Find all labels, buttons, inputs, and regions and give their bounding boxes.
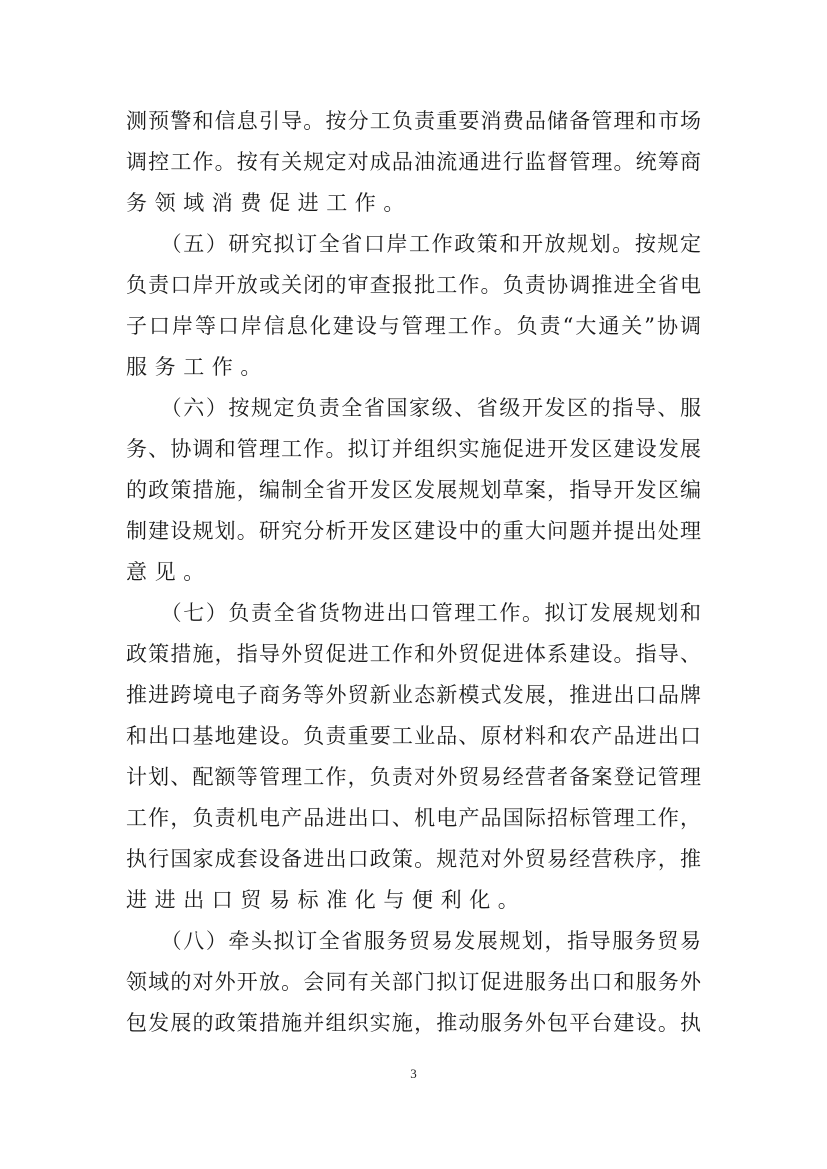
text-line: 进进出口贸易标准化与便利化。 — [126, 880, 706, 921]
text-line: 务、协调和管理工作。拟订并组织实施促进开发区建设发展 — [126, 429, 701, 470]
text-line: 调控工作。按有关规定对成品油流通进行监督管理。统筹商 — [126, 142, 701, 183]
paragraph-seven-heading-line: （七）负责全省货物进出口管理工作。拟订发展规划和 — [126, 593, 701, 634]
paragraph-eight-heading-line: （八）牵头拟订全省服务贸易发展规划，指导服务贸易 — [126, 921, 701, 962]
document-page: 测预警和信息引导。按分工负责重要消费品储备管理和市场 调控工作。按有关规定对成品… — [0, 0, 827, 1169]
page-number: 3 — [0, 1066, 827, 1082]
text-line: 包发展的政策措施并组织实施，推动服务外包平台建设。执 — [126, 1003, 701, 1044]
text-line: 务领域消费促进工作。 — [126, 183, 706, 224]
text-line: 领域的对外开放。会同有关部门拟订促进服务出口和服务外 — [126, 962, 701, 1003]
text-line: 工作，负责机电产品进出口、机电产品国际招标管理工作， — [126, 798, 701, 839]
text-line: 推进跨境电子商务等外贸新业态新模式发展，推进出口品牌 — [126, 675, 701, 716]
text-line: 和出口基地建设。负责重要工业品、原材料和农产品进出口 — [126, 716, 701, 757]
text-line: 子口岸等口岸信息化建设与管理工作。负责“大通关”协调 — [126, 306, 701, 347]
text-line: 意见。 — [126, 552, 706, 593]
text-line: 计划、配额等管理工作，负责对外贸易经营者备案登记管理 — [126, 757, 701, 798]
paragraph-six-heading-line: （六）按规定负责全省国家级、省级开发区的指导、服 — [126, 388, 701, 429]
text-line: 制建设规划。研究分析开发区建设中的重大问题并提出处理 — [126, 511, 701, 552]
text-line: 测预警和信息引导。按分工负责重要消费品储备管理和市场 — [126, 101, 701, 142]
text-line: 负责口岸开放或关闭的审查报批工作。负责协调推进全省电 — [126, 265, 701, 306]
text-line: 服务工作。 — [126, 347, 706, 388]
document-body: 测预警和信息引导。按分工负责重要消费品储备管理和市场 调控工作。按有关规定对成品… — [126, 101, 706, 1044]
text-line: 执行国家成套设备进出口政策。规范对外贸易经营秩序，推 — [126, 839, 701, 880]
paragraph-five-heading-line: （五）研究拟订全省口岸工作政策和开放规划。按规定 — [126, 224, 701, 265]
text-line: 政策措施，指导外贸促进工作和外贸促进体系建设。指导、 — [126, 634, 701, 675]
text-line: 的政策措施，编制全省开发区发展规划草案，指导开发区编 — [126, 470, 701, 511]
